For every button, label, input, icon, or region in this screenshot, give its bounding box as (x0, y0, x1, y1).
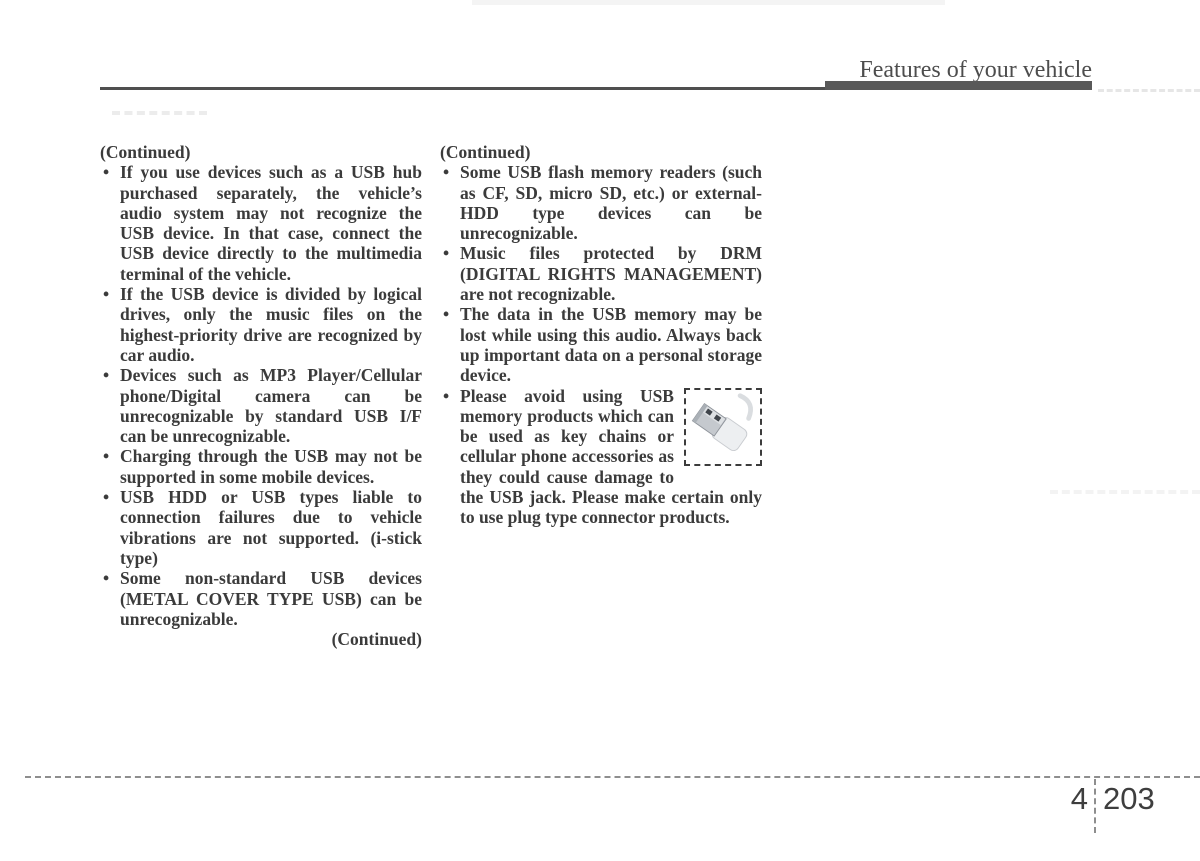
bullet-text: Charging through the USB may not be supp… (120, 446, 422, 486)
usb-notes-list-left: If you use devices such as a USB hub pur… (100, 162, 422, 629)
list-item: Music files protected by DRM (DIGITAL RI… (440, 243, 762, 304)
bullet-text: If you use devices such as a USB hub pur… (120, 162, 422, 283)
usb-plug-icon (686, 390, 760, 464)
list-item: If you use devices such as a USB hub pur… (100, 162, 422, 284)
scan-artifact-right-dashes (1050, 490, 1200, 494)
list-item: Some USB flash memory readers (such as C… (440, 162, 762, 243)
footer-dashed-divider (1094, 779, 1096, 833)
footer-dashed-line (25, 776, 1200, 778)
usb-notes-list-right: Some USB flash memory readers (such as C… (440, 162, 762, 527)
list-item: If the USB device is divided by log­ical… (100, 284, 422, 365)
list-item: The data in the USB memory may be lost w… (440, 304, 762, 385)
continued-label-top: (Continued) (100, 142, 422, 162)
page-title: Features of your vehicle (859, 56, 1092, 84)
manual-page: Features of your vehicle (Continued) If … (0, 0, 1200, 861)
list-item: Some non-standard USB devices (METAL COV… (100, 568, 422, 629)
bullet-text: The data in the USB memory may be lost w… (460, 304, 762, 385)
bullet-text: Some USB flash memory readers (such as C… (460, 162, 762, 243)
list-item: USB HDD or USB types liable to connectio… (100, 487, 422, 568)
scan-artifact-top-line (472, 0, 945, 5)
bullet-text: Music files protected by DRM (DIGITAL RI… (460, 243, 762, 304)
list-item: Please avoid using USB memory products w… (440, 386, 762, 528)
bullet-text: If the USB device is divided by log­ical… (120, 284, 422, 365)
header-accent-bar (825, 81, 1092, 90)
page-number: 203 (1103, 782, 1155, 816)
bullet-text: Some non-standard USB devices (METAL COV… (120, 568, 422, 629)
continued-label-bottom: (Continued) (100, 629, 422, 649)
right-column: (Continued) Some USB flash memory reader… (440, 142, 762, 528)
scan-artifact-left-dashes (112, 111, 207, 115)
list-item: Devices such as MP3 Player/Cellular phon… (100, 365, 422, 446)
continued-label-top: (Continued) (440, 142, 762, 162)
chapter-number: 4 (1030, 782, 1088, 816)
list-item: Charging through the USB may not be supp… (100, 446, 422, 487)
scan-artifact-header-dashes (1098, 89, 1200, 92)
left-column: (Continued) If you use devices such as a… (100, 142, 422, 649)
bullet-text: USB HDD or USB types liable to connectio… (120, 487, 422, 568)
bullet-text: Devices such as MP3 Player/Cellular phon… (120, 365, 422, 446)
usb-plug-figure (684, 388, 762, 466)
